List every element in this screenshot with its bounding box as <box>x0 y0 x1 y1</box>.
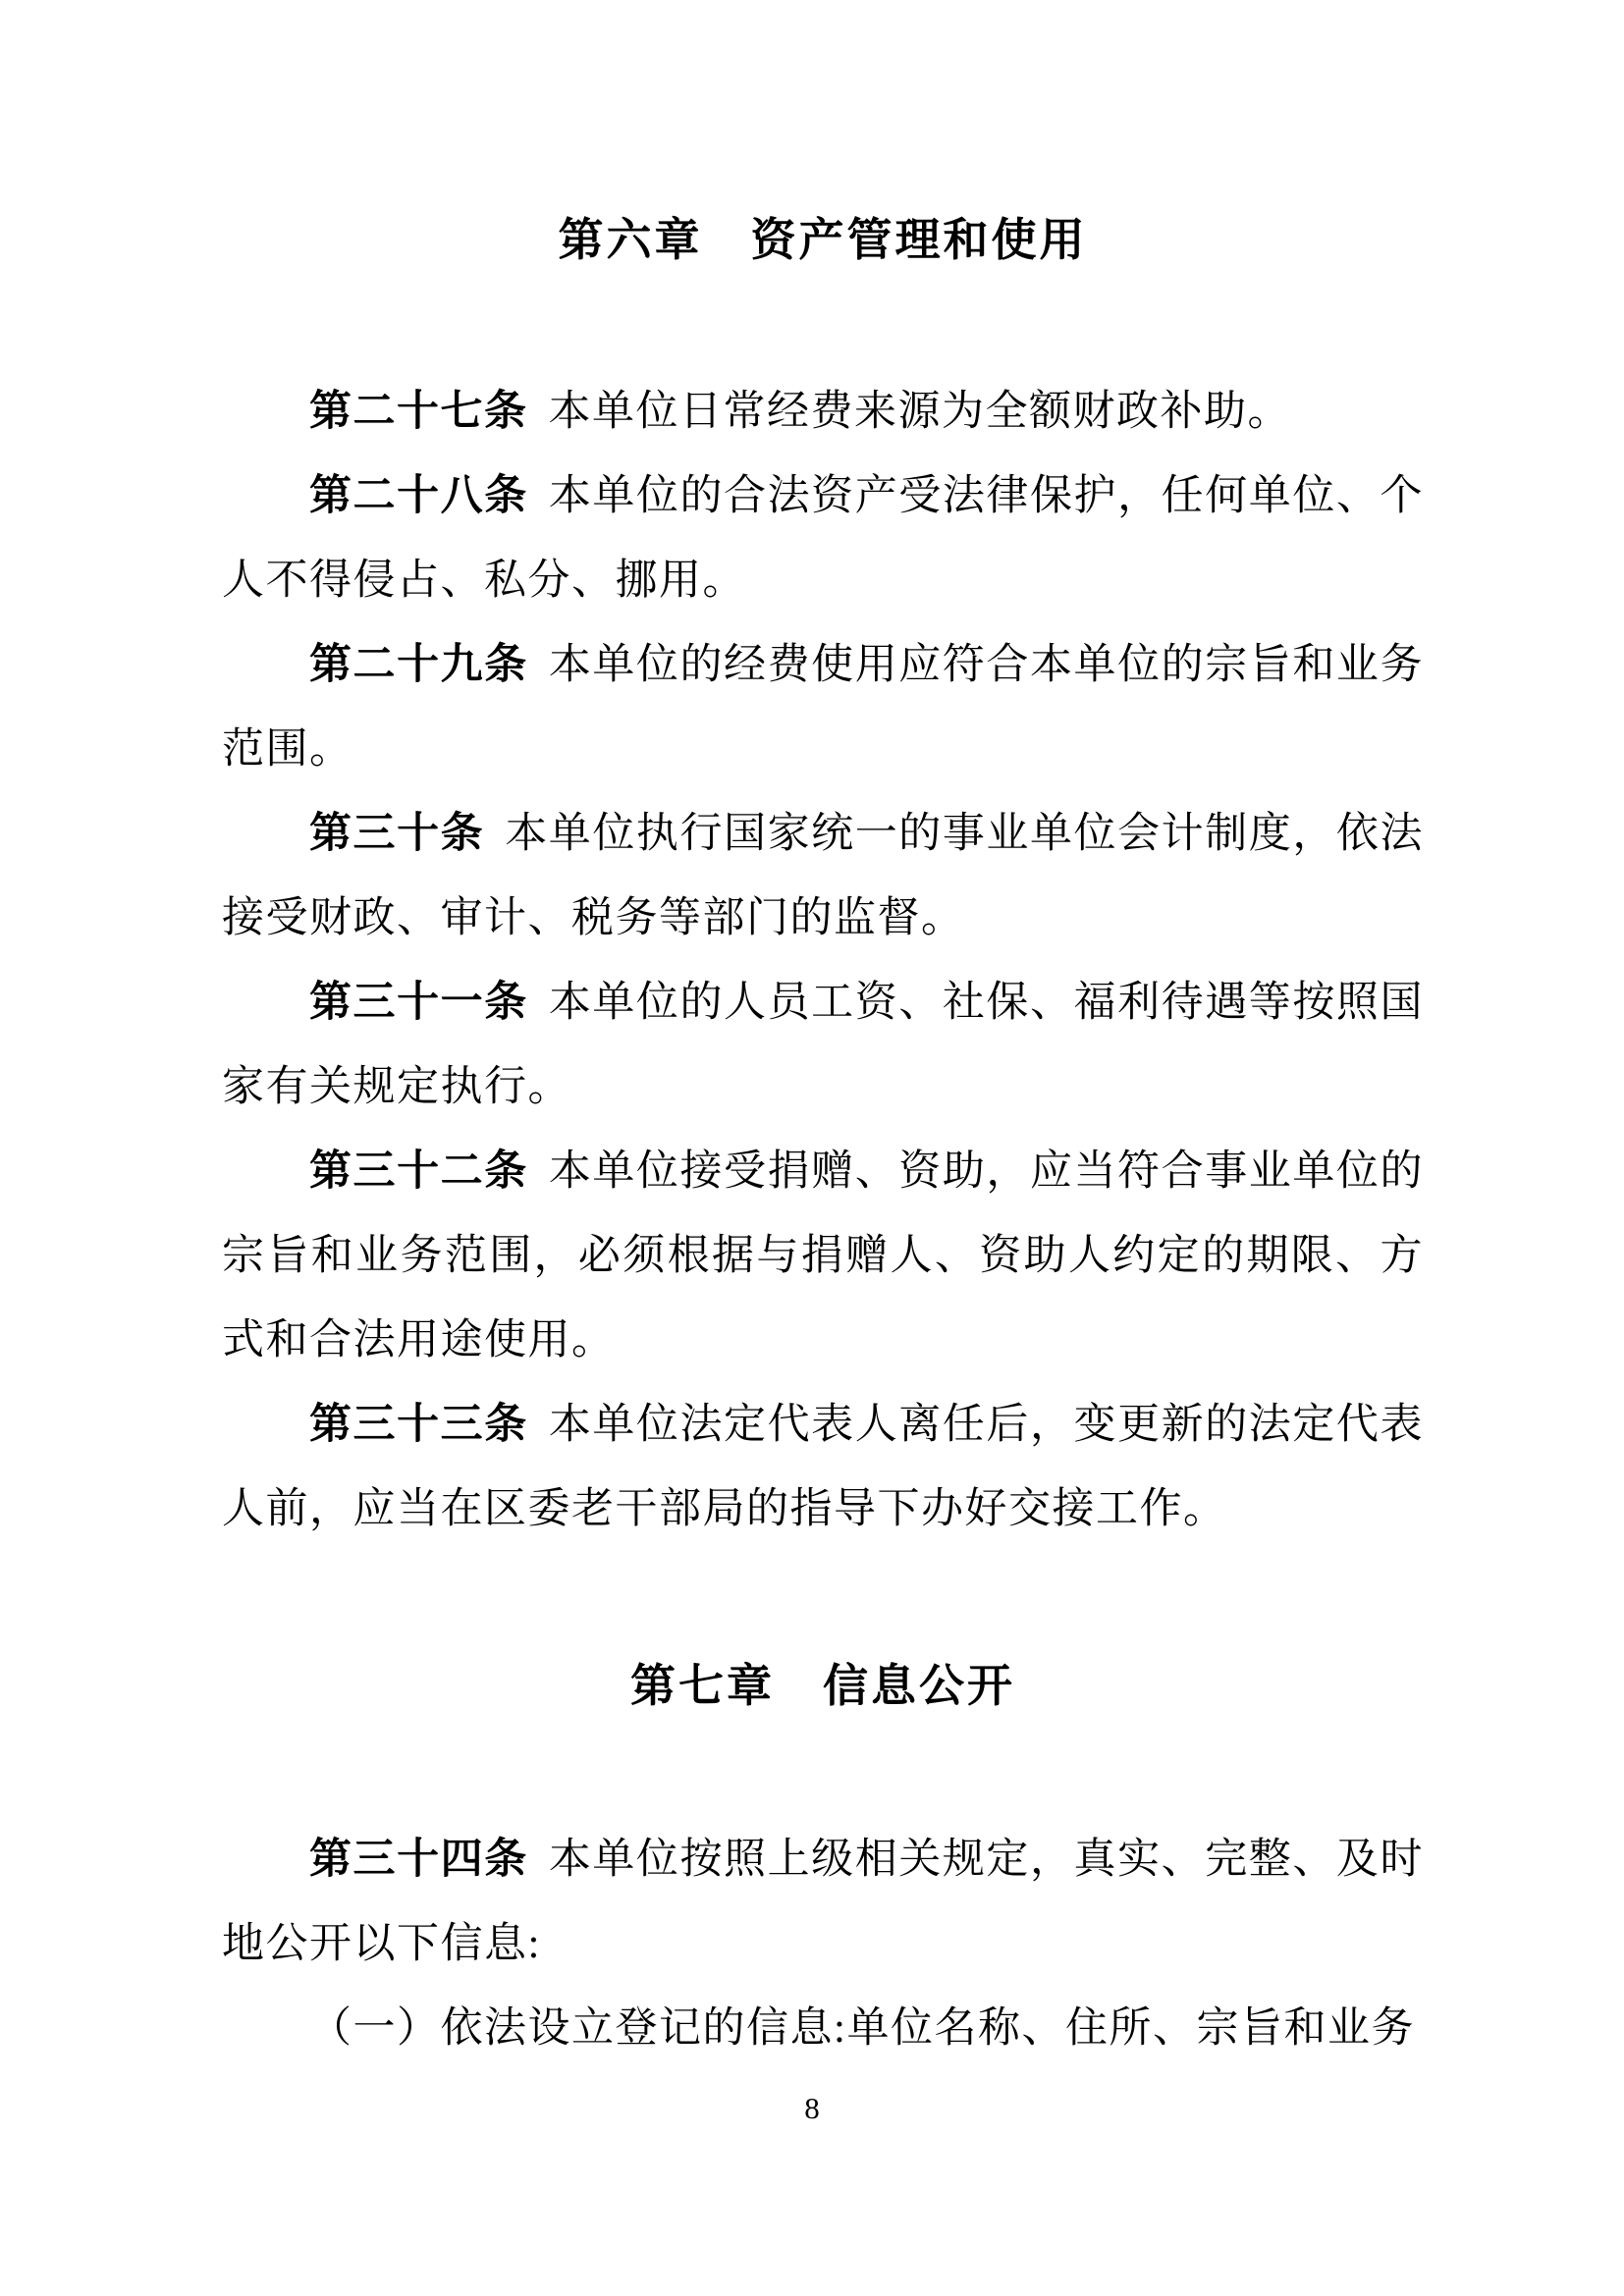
page-number: 8 <box>0 2087 1624 2130</box>
article-31-paragraph: 第三十一条本单位的人员工资、社保、福利待遇等按照国家有关规定执行。 <box>222 961 1424 1130</box>
chapter-seven-heading: 第七章 信息公开 <box>222 1652 1424 1719</box>
article-28-paragraph: 第二十八条本单位的合法资产受法律保护，任何单位、个人不得侵占、私分、挪用。 <box>222 454 1424 623</box>
document-content: 第六章 资产管理和使用 第二十七条本单位日常经费来源为全额财政补助。 第二十八条… <box>222 0 1424 2071</box>
article-34-number: 第三十四条 <box>309 1837 528 1883</box>
article-31-number: 第三十一条 <box>309 980 528 1026</box>
article-34-paragraph: 第三十四条本单位按照上级相关规定，真实、完整、及时地公开以下信息: <box>222 1818 1424 1987</box>
item-1-text: （一）依法设立登记的信息:单位名称、住所、宗旨和业务 <box>309 2005 1415 2052</box>
article-27-paragraph: 第二十七条本单位日常经费来源为全额财政补助。 <box>222 370 1424 454</box>
article-29-number: 第二十九条 <box>309 642 528 688</box>
document-page: 第六章 资产管理和使用 第二十七条本单位日常经费来源为全额财政补助。 第二十八条… <box>0 0 1624 2296</box>
article-29-paragraph: 第二十九条本单位的经费使用应符合本单位的宗旨和业务范围。 <box>222 623 1424 792</box>
article-30-number: 第三十条 <box>309 811 484 857</box>
item-1-paragraph: （一）依法设立登记的信息:单位名称、住所、宗旨和业务 <box>222 1987 1424 2071</box>
chapter-six-heading: 第六章 资产管理和使用 <box>222 206 1424 273</box>
article-30-paragraph: 第三十条本单位执行国家统一的事业单位会计制度，依法接受财政、审计、税务等部门的监… <box>222 792 1424 961</box>
article-33-number: 第三十三条 <box>309 1402 528 1448</box>
article-32-paragraph: 第三十二条本单位接受捐赠、资助，应当符合事业单位的宗旨和业务范围，必须根据与捐赠… <box>222 1130 1424 1383</box>
article-32-number: 第三十二条 <box>309 1148 528 1195</box>
article-28-number: 第二十八条 <box>309 473 528 519</box>
article-33-paragraph: 第三十三条本单位法定代表人离任后，变更新的法定代表人前，应当在区委老干部局的指导… <box>222 1383 1424 1552</box>
article-27-number: 第二十七条 <box>309 389 528 435</box>
article-27-text: 本单位日常经费来源为全额财政补助。 <box>549 389 1292 435</box>
